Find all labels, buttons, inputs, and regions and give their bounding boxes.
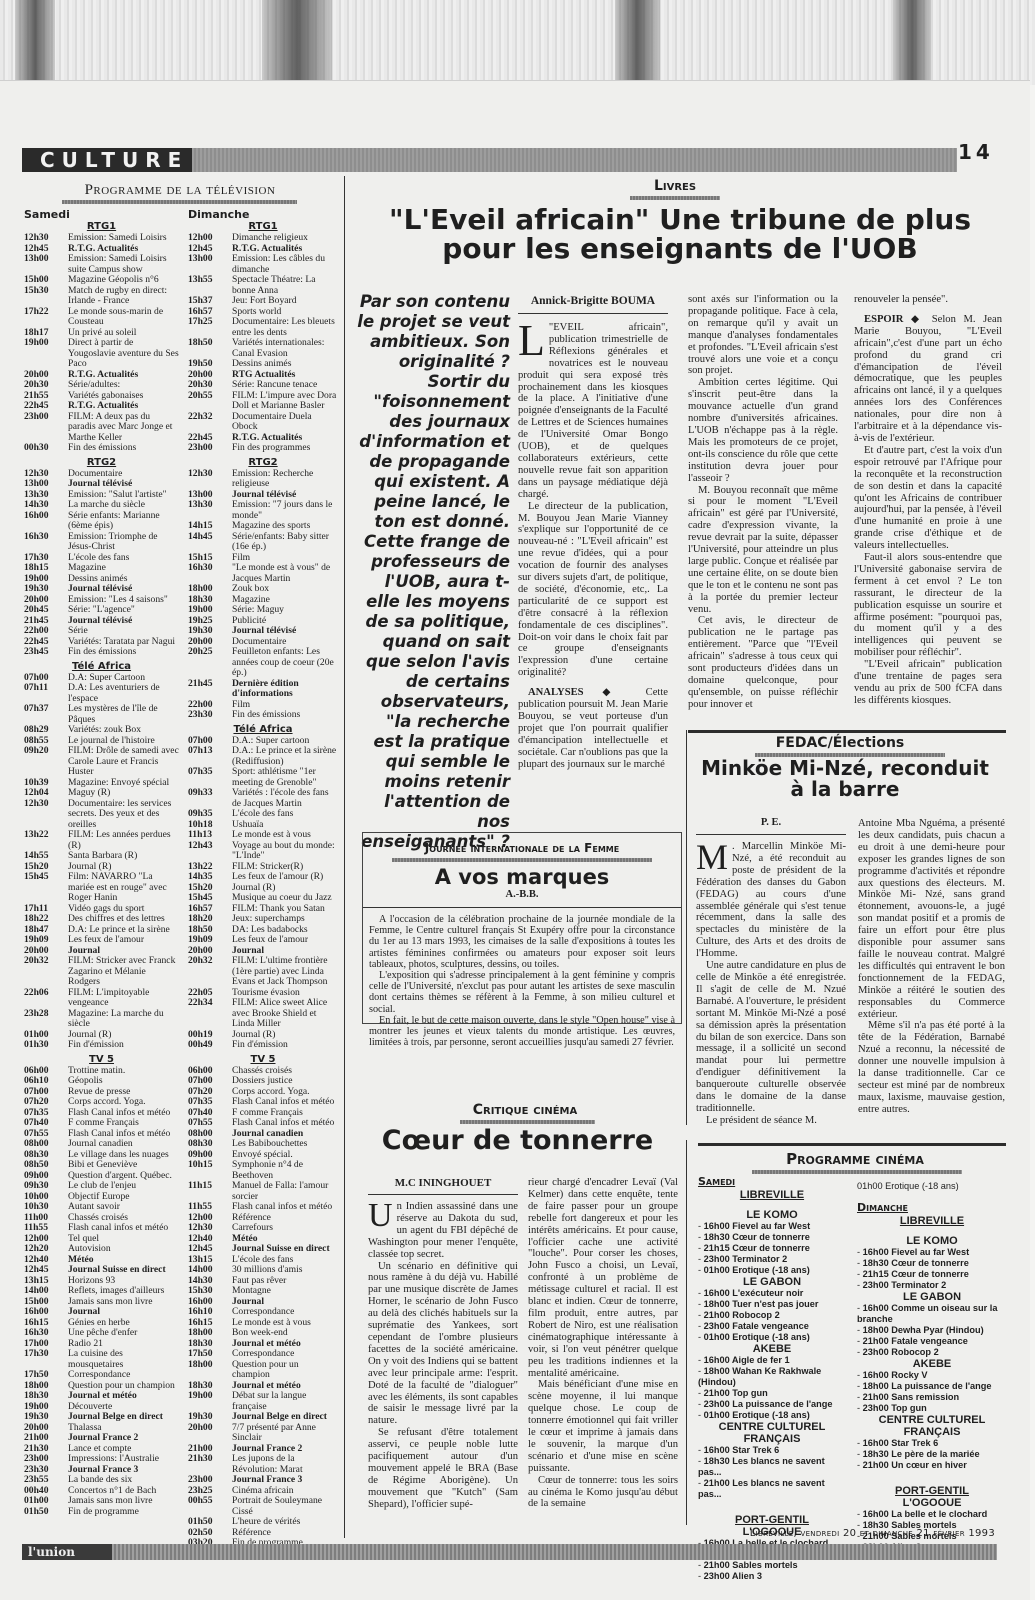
programme: Autant savoir	[68, 1202, 179, 1213]
programme: Journal France 2	[68, 1433, 179, 1444]
time: 21h00	[24, 1433, 68, 1444]
showing: 16h00 Star Trek 6	[704, 1445, 780, 1455]
time: 23h00	[188, 443, 232, 454]
programme: Bon week-end	[232, 1328, 338, 1339]
schedule-row: 07h40F comme Français	[24, 1118, 179, 1129]
time: 19h50	[188, 359, 232, 370]
programme: Le monde est à vous	[232, 830, 338, 841]
schedule-row: 10h15Symphonie n°4 de Beethoven	[188, 1160, 338, 1181]
programme: Série/enfants: Baby sitter (16e ép.)	[232, 532, 338, 553]
showing: 01h00 Erotique (-18 ans)	[704, 1265, 810, 1275]
time: 01h00	[24, 1496, 68, 1507]
programme: Journal télévisé	[68, 479, 179, 490]
schedule-row: 18h00Question pour un champion	[188, 1360, 338, 1381]
time: 15h00	[24, 275, 68, 286]
programme: Zouk box	[232, 584, 338, 595]
programme: Impressions: l'Australie	[68, 1454, 179, 1465]
programme: Variétés internationales: Canal Evasion	[232, 338, 338, 359]
programme: Les feux de l'amour	[68, 935, 179, 946]
programme: Emission: "7 jours dans le monde"	[232, 500, 338, 521]
schedule-row: 07h35Flash Canal infos et météo	[188, 1097, 338, 1108]
showing: 16h00 Star Trek 6	[863, 1438, 939, 1448]
schedule-row: 15h00Magazine Géopolis n°6	[24, 275, 179, 286]
schedule-row: 12h43Voyage au bout du monde: "L'Inde"	[188, 841, 338, 862]
drop-cap: U	[368, 1203, 393, 1229]
livres-body-1: L"EVEIL africain", publication trimestri…	[518, 322, 668, 771]
scanner-shadow	[262, 0, 332, 85]
cinema-listing: - 21h15 Cœur de tonnerre	[857, 1269, 1007, 1280]
programme: Série	[68, 626, 179, 637]
programme: Journal France 3	[232, 1475, 338, 1486]
programme: Dossiers justice	[232, 1076, 338, 1087]
schedule-row: 18h00Zouk box	[188, 584, 338, 595]
time: 11h55	[188, 1202, 232, 1213]
schedule-row: 19h30Journal télévisé	[188, 626, 338, 637]
schedule-row: 07h55Flash Canal infos et météo	[188, 1118, 338, 1129]
schedule-row: 19h00Série: Maguy	[188, 605, 338, 616]
livres-headline: "L'Eveil africain" Une tribune de plus p…	[360, 205, 1000, 264]
programme: Variétés : l'école des fans de Jacques M…	[232, 788, 338, 809]
time: 14h15	[188, 521, 232, 532]
programme: Fin d'émission	[68, 1040, 179, 1051]
programme: FILM: Drôle de samedi avec Carole Laure …	[68, 746, 179, 778]
paragraph: Le président de séance M.	[696, 1115, 846, 1127]
time: 20h45	[24, 605, 68, 616]
time: 19h09	[188, 935, 232, 946]
programme: Magazine: La marche du siècle	[68, 1009, 179, 1030]
schedule-row: 22h00Série	[24, 626, 179, 637]
cinema-listing: - 01h00 Erotique (-18 ans)	[698, 1332, 846, 1343]
day-heading: Dimanche	[188, 208, 338, 221]
cinema-listing: - 16h00 Rocky V	[857, 1370, 1007, 1381]
showing: 16h00 Rocky V	[863, 1370, 928, 1380]
cinema-listing: - 21h00 Les blancs ne savent pas...	[698, 1478, 846, 1500]
femme-article-box: Journée internationale de la Femme A vos…	[362, 832, 682, 1024]
schedule-row: 14h30La marche du siècle	[24, 500, 179, 511]
channel-schedule: 07h00D.A.: Super cartoon07h13D.A.: Le pr…	[188, 736, 338, 1051]
schedule-row: 20h55FILM: L'impure avec Dora Doll et Ma…	[188, 391, 338, 412]
schedule-row: 19h09Les feux de l'amour	[24, 935, 179, 946]
critique-headline: Cœur de tonnerre	[360, 1127, 675, 1155]
paragraph: Une autre candidature en plus de celle d…	[696, 960, 846, 1115]
time: 07h35	[188, 1097, 232, 1108]
schedule-row: 17h30La cuisine des mousquetaires	[24, 1349, 179, 1370]
programme: Reflets, images d'ailleurs	[68, 1286, 179, 1297]
schedule-row: 09h20FILM: Drôle de samedi avec Carole L…	[24, 746, 179, 778]
schedule-row: 13h00Emission: Samedi Loisirs suite Camp…	[24, 254, 179, 275]
programme: FILM: Les années perdues (R)	[68, 830, 179, 851]
venue-heading: L'OGOOUE	[857, 1497, 1007, 1509]
schedule-row: 21h45Dernière édition d'informations	[188, 679, 338, 700]
schedule-row: 10h30Autant savoir	[24, 1202, 179, 1213]
showing: 23h00 Robocop 2	[863, 1347, 939, 1357]
schedule-row: 09h35L'école des fans	[188, 809, 338, 820]
showing: 16h00 L'exécuteur noir	[704, 1288, 804, 1298]
schedule-row: 07h00Dossiers justice	[188, 1076, 338, 1087]
time: 18h00	[188, 584, 232, 595]
time: 19h30	[188, 626, 232, 637]
time: 07h20	[24, 1097, 68, 1108]
programme: Documentaire: les services secrets. Des …	[68, 799, 179, 831]
time: 07h40	[24, 1118, 68, 1129]
showing: 21h15 Cœur de tonnerre	[704, 1243, 810, 1253]
cinema-listing: - 21h00 Fatale vengeance	[857, 1336, 1007, 1347]
fedac-column-1: P. E. M. Marcellin Minköe Mi-Nzé, a été …	[696, 816, 846, 1127]
showing: 21h00 Sables mortels	[704, 1560, 798, 1570]
schedule-row: 01h50Fin de programme	[24, 1507, 179, 1518]
schedule-row: 20h25Feuilleton enfants: Les années coup…	[188, 647, 338, 679]
time: 12h30	[188, 1223, 232, 1234]
schedule-row: 12h45Journal Suisse en direct	[188, 1244, 338, 1255]
time: 09h33	[188, 788, 232, 809]
schedule-row: 23h00Journal France 3	[188, 1475, 338, 1486]
schedule-row: 23h45Fin des émissions	[24, 647, 179, 658]
schedule-row: 17h50Correspondance	[24, 1370, 179, 1381]
critique-column-2: rieur chargé d'encadrer Levaï (Val Kelme…	[528, 1177, 678, 1510]
programme: Série/adultes:	[68, 380, 179, 391]
time: 09h20	[24, 746, 68, 778]
programme: Santa Barbara (R)	[68, 851, 179, 862]
programme: Les mystères de l'île de Pâques	[68, 704, 179, 725]
channel-heading: Télé Africa	[24, 661, 179, 672]
schedule-row: 19h00Direct à partir de Yougoslavie aven…	[24, 338, 179, 370]
time: 17h30	[24, 1349, 68, 1370]
programme: Série enfants: Marianne (6ème épis)	[68, 511, 179, 532]
tv-dimanche-column: DimancheRTG112h00Dimanche religieux12h45…	[188, 208, 338, 1549]
time: 18h20	[188, 914, 232, 925]
paragraph: Mais bénéficiant d'une mise en scène moy…	[528, 1379, 678, 1474]
subhead: ESPOIR	[864, 314, 903, 325]
time: 10h15	[188, 1160, 232, 1181]
channel-heading: RTG1	[188, 221, 338, 232]
time: 23h30	[188, 710, 232, 721]
newspaper-logo: l'union	[22, 1544, 112, 1560]
schedule-row: 12h30Carrefours	[188, 1223, 338, 1234]
cinema-samedi-column: SamediLIBREVILLELE KOMO- 16h00 Fievel au…	[698, 1176, 846, 1582]
programme: Journal Belge en direct	[232, 1412, 338, 1423]
paragraph: "L'Eveil africain" publication d'une tre…	[854, 659, 1002, 707]
programme: Fin de programme	[68, 1507, 179, 1518]
time: 16h30	[24, 532, 68, 553]
programme: FILM: L'ultime frontière (1ère partie) a…	[232, 956, 338, 988]
time: 13h00	[24, 254, 68, 275]
showing: 23h00 Alien 3	[704, 1571, 762, 1581]
programme: Documentaire: Les bleuets entre les dent…	[232, 317, 338, 338]
schedule-row: 12h30Documentaire: les services secrets.…	[24, 799, 179, 831]
cinema-listing: - 18h30 Cœur de tonnerre	[698, 1232, 846, 1243]
programme: Direct à partir de Yougoslavie aventure …	[68, 338, 179, 370]
programme: Correspondance	[232, 1307, 338, 1318]
livres-column-3: renouveler la pensée". ESPOIR ◆ Selon M.…	[854, 294, 1002, 707]
time: 12h30	[24, 799, 68, 831]
programme: Portrait de Souleymane Cissé	[232, 1496, 338, 1517]
time: 15h30	[24, 286, 68, 307]
channel-heading: RTG2	[188, 457, 338, 468]
time: 07h11	[24, 683, 68, 704]
schedule-row: 22h45R.T.G. Actualités	[24, 401, 179, 412]
schedule-row: 15h30Match de rugby en direct: Irlande -…	[24, 286, 179, 307]
time: 22h32	[188, 412, 232, 433]
schedule-row: 18h00Bon week-end	[188, 1328, 338, 1339]
schedule-row: 23h00Impressions: l'Australie	[24, 1454, 179, 1465]
programme: L'école des fans	[232, 809, 338, 820]
programme: Montagne	[232, 1286, 338, 1297]
time: 07h37	[24, 704, 68, 725]
time: 12h45	[24, 1265, 68, 1276]
schedule-row: 01h00Jamais sans mon livre	[24, 1496, 179, 1507]
time: 19h00	[188, 605, 232, 616]
column-divider	[344, 176, 345, 1538]
kicker-rule	[630, 196, 720, 200]
column-divider	[686, 1140, 687, 1525]
programme: Emission: Recherche religieuse	[232, 469, 338, 490]
schedule-row: 07h37Les mystères de l'île de Pâques	[24, 704, 179, 725]
channel-heading: TV 5	[24, 1054, 179, 1065]
schedule-row: 08h50Bibi et Geneviève	[24, 1160, 179, 1171]
time: 10h30	[24, 1202, 68, 1213]
programme: D.A.: Le prince et la sirène (Rediffusio…	[232, 746, 338, 767]
tv-programme-title: Programme de la télévision	[60, 182, 300, 199]
schedule-row: 17h22Le monde sous-marin de Cousteau	[24, 307, 179, 328]
showing: 23h00 Fatale vengeance	[704, 1321, 809, 1331]
programme: Fin des émissions	[232, 710, 338, 721]
programme: La marche du siècle	[68, 500, 179, 511]
paragraph: Se refusant d'être totalement asservi, c…	[368, 1427, 518, 1510]
cinema-listing: - 23h00 Terminator 2	[698, 1254, 846, 1265]
time: 23h00	[24, 412, 68, 444]
showing: 21h15 Cœur de tonnerre	[863, 1269, 969, 1279]
programme: Film: NAVARRO "La mariée est en rouge" a…	[68, 872, 179, 904]
showing: 18h00 Tuer n'est pas jouer	[704, 1299, 819, 1309]
channel-schedule: 06h00Chassés croisés07h00Dossiers justic…	[188, 1066, 338, 1549]
schedule-row: 16h10Correspondance	[188, 1307, 338, 1318]
showing: 23h00 Top gun	[863, 1403, 927, 1413]
cinema-listing: - 16h00 Fievel au far West	[857, 1247, 1007, 1258]
time: 19h30	[24, 584, 68, 595]
byline-rule	[696, 834, 846, 835]
fedac-body-1: M. Marcellin Minköe Mi-Nzé, a été recond…	[696, 841, 846, 1127]
time: 13h00	[188, 254, 232, 275]
time: 00h55	[188, 1496, 232, 1517]
schedule-row: 23h55La bande des six	[24, 1475, 179, 1486]
time: 17h22	[24, 307, 68, 328]
cinema-listing: - 18h00 Wahan Ke Rakhwale (Hindou)	[698, 1366, 846, 1388]
fedac-column-2: Antoine Mba Nguéma, a présenté les deux …	[858, 818, 1005, 1116]
time: 15h37	[188, 296, 232, 307]
schedule-row: 13h55Spectacle Théatre: La bonne Anna	[188, 275, 338, 296]
day-heading: Dimanche	[857, 1202, 1007, 1213]
programme: Journal	[68, 1307, 179, 1318]
programme: Série: Maguy	[232, 605, 338, 616]
time: 11h15	[188, 1181, 232, 1202]
time: 20h55	[188, 391, 232, 412]
cinema-listing: - 18h00 Tuer n'est pas jouer	[698, 1299, 846, 1310]
schedule-row: 14h45Série/enfants: Baby sitter (16e ép.…	[188, 532, 338, 553]
programme: Les feux de l'amour (R)	[232, 872, 338, 883]
paragraph: L'exposition qui s'adresse principalemen…	[369, 970, 675, 1015]
time: 22h06	[24, 988, 68, 1009]
programme: Symphonie n°4 de Beethoven	[232, 1160, 338, 1181]
programme: Débat sur la langue française	[232, 1391, 338, 1412]
paragraph: Ambition certes légitime. Qui s'inscrit …	[688, 377, 838, 484]
programme: D.A: Les aventuriers de l'espace	[68, 683, 179, 704]
cinema-listing: - 16h00 La belle et le clochard	[857, 1509, 1007, 1520]
programme: Emission: Triomphe de Jésus-Christ	[68, 532, 179, 553]
schedule-row: 11h55Flash canal infos et météo	[188, 1202, 338, 1213]
paragraph: sont axés sur l'information ou la propag…	[688, 294, 838, 377]
programme: Des chiffres et des lettres	[68, 914, 179, 925]
time: 14h30	[24, 500, 68, 511]
time: 07h00	[188, 1076, 232, 1087]
scanner-margin	[0, 0, 1035, 85]
time: 18h30	[24, 1391, 68, 1402]
tv-samedi-column: SamediRTG112h30Emission: Samedi Loisirs1…	[24, 208, 179, 1517]
schedule-row: 23h30Fin des émissions	[188, 710, 338, 721]
programme: Dimanche religieux	[232, 233, 338, 244]
time: 14h55	[24, 851, 68, 862]
time: 14h35	[188, 872, 232, 883]
programme: Documentaire Duela Obock	[232, 412, 338, 433]
time: 13h55	[188, 275, 232, 296]
time: 12h45	[188, 1244, 232, 1255]
showing: 01h00 Erotique (-18 ans)	[704, 1332, 810, 1342]
schedule-row: 17h25Documentaire: Les bleuets entre les…	[188, 317, 338, 338]
time: 18h00	[188, 1328, 232, 1339]
programme: L'heure de vérités	[232, 1517, 338, 1528]
schedule-row: 20h45Série: "L'agence"	[24, 605, 179, 616]
time: 07h13	[188, 746, 232, 767]
paragraph: rieur chargé d'encadrer Levaï (Val Kelme…	[528, 1177, 678, 1379]
programme: Flash Canal infos et météo	[232, 1097, 338, 1108]
time: 17h25	[188, 317, 232, 338]
time: 08h00	[24, 1139, 68, 1150]
venue-heading: AKEBE	[698, 1343, 846, 1355]
day-heading: Samedi	[24, 208, 179, 221]
schedule-row: 21h00Journal France 2	[24, 1433, 179, 1444]
programme: Voyage au bout du monde: "L'Inde"	[232, 841, 338, 862]
schedule-row: 11h55Flash canal infos et météo	[24, 1223, 179, 1234]
programme: Magazine des sports	[232, 521, 338, 532]
schedule-row: 14h15Magazine des sports	[188, 521, 338, 532]
showing: 21h00 Les blancs ne savent pas...	[698, 1478, 825, 1499]
programme: R.T.G. Actualités	[68, 401, 179, 412]
schedule-row: 12h45Journal Suisse en direct	[24, 1265, 179, 1276]
time: 15h45	[188, 893, 232, 904]
schedule-row: 14h0030 millions d'amis	[188, 1265, 338, 1276]
time: 20h32	[188, 956, 232, 988]
programme: Autovision	[68, 1244, 179, 1255]
programme: FILM: A deux pas du paradis avec Marc Jo…	[68, 412, 179, 444]
cinema-listing: 01h00 Erotique (-18 ans)	[857, 1181, 1007, 1192]
schedule-row: 20h32FILM: Stricker avec Franck Zagarino…	[24, 956, 179, 988]
paragraph: M. Bouyou reconnaît que même si pour le …	[688, 485, 838, 616]
footer-bar	[22, 1544, 997, 1560]
time: 12h30	[188, 469, 232, 490]
femme-byline: A.-B.B.	[363, 888, 681, 902]
schedule-row: 01h30Fin d'émission	[24, 1040, 179, 1051]
channel-schedule: 12h30Documentaire13h00Journal télévisé13…	[24, 469, 179, 658]
schedule-row: 19h30Journal Belge en direct	[188, 1412, 338, 1423]
femme-headline: A vos marques	[363, 866, 681, 888]
time: 13h00	[24, 479, 68, 490]
time: 14h00	[188, 1265, 232, 1276]
time: 01h30	[24, 1040, 68, 1051]
time: 13h30	[188, 500, 232, 521]
showing: 16h00 Aigle de fer 1	[704, 1355, 790, 1365]
programme: 7/7 présenté par Anne Sinclair	[232, 1423, 338, 1444]
showing: 21h00 Top gun	[704, 1388, 768, 1398]
schedule-row: 23h00FILM: A deux pas du paradis avec Ma…	[24, 412, 179, 444]
cinema-listing: - 23h00 Terminator 2	[857, 1280, 1007, 1291]
section-title: CULTURE	[22, 148, 192, 172]
programme: F comme Français	[68, 1118, 179, 1129]
programme: Emission: Samedi Loisirs suite Campus sh…	[68, 254, 179, 275]
paragraph: ESPOIR ◆ Selon M. Jean Marie Bouyou, "L'…	[854, 314, 1002, 445]
time: 17h50	[188, 1349, 232, 1360]
paragraph: Faut-il alors sous-entendre que l'Univer…	[854, 552, 1002, 659]
programme: Fin d'émission	[232, 1040, 338, 1051]
schedule-row: 22h06FILM: L'impitoyable vengeance	[24, 988, 179, 1009]
cinema-listing: - 16h00 Star Trek 6	[857, 1438, 1007, 1449]
schedule-row: 16h00Journal	[24, 1307, 179, 1318]
programme: Correspondance	[232, 1349, 338, 1360]
showing: 18h00 La puissance de l'ange	[863, 1381, 992, 1391]
programme: 30 millions d'amis	[232, 1265, 338, 1276]
time: 14h45	[188, 532, 232, 553]
byline-rule	[518, 313, 668, 314]
time: 08h30	[188, 1139, 232, 1150]
schedule-row: 08h00Journal canadien	[24, 1139, 179, 1150]
schedule-row: 19h30Journal Belge en direct	[24, 1412, 179, 1423]
time: 20h32	[24, 956, 68, 988]
schedule-row: 14h55Santa Barbara (R)	[24, 851, 179, 862]
section-rule	[698, 1143, 1006, 1146]
programme: Manuel de Falla: l'amour sorcier	[232, 1181, 338, 1202]
time: 07h35	[188, 767, 232, 788]
schedule-row: 20h30Série: Rancune tenace	[188, 380, 338, 391]
programme: Question pour un champion	[232, 1360, 338, 1381]
schedule-row: 09h30Le club de l'enjeu	[24, 1181, 179, 1192]
fedac-headline: Minköe Mi-Nzé, reconduit à la barre	[695, 758, 995, 800]
time: 17h50	[24, 1370, 68, 1381]
scanner-shadow	[893, 0, 931, 85]
programme: Flash canal infos et météo	[232, 1202, 338, 1213]
femme-kicker: Journée internationale de la Femme	[363, 841, 681, 855]
programme: Sport: athlétisme "1er meeting de Grenob…	[232, 767, 338, 788]
cinema-listing: - 16h00 L'exécuteur noir	[698, 1288, 846, 1299]
livres-byline: Annick-Brigitte BOUMA	[518, 294, 668, 308]
programme: Journal et météo	[68, 1391, 179, 1402]
subhead: ANALYSES	[528, 687, 584, 698]
time: 20h00	[188, 1423, 232, 1444]
programme: FILM: L'impure avec Dora Doll et Mariann…	[232, 391, 338, 412]
column-divider	[686, 730, 687, 1125]
showing: 16h00 La belle et le clochard	[863, 1509, 988, 1519]
time: 19h30	[24, 1412, 68, 1423]
schedule-row: 18h15Magazine	[24, 563, 179, 574]
schedule-row: 15h30Montagne	[188, 1286, 338, 1297]
schedule-row: 12h20Autovision	[24, 1244, 179, 1255]
venue-heading: AKEBE	[857, 1358, 1007, 1370]
schedule-row: 14h00Reflets, images d'ailleurs	[24, 1286, 179, 1297]
programme: Le monde sous-marin de Cousteau	[68, 307, 179, 328]
schedule-row: 00h30Fin des émissions	[24, 443, 179, 454]
paragraph: Un scénario en définitive qui nous ramèn…	[368, 1261, 518, 1428]
time: 18h22	[24, 914, 68, 925]
day-heading: Samedi	[698, 1176, 846, 1187]
time: 20h25	[188, 647, 232, 679]
time: 12h00	[188, 233, 232, 244]
